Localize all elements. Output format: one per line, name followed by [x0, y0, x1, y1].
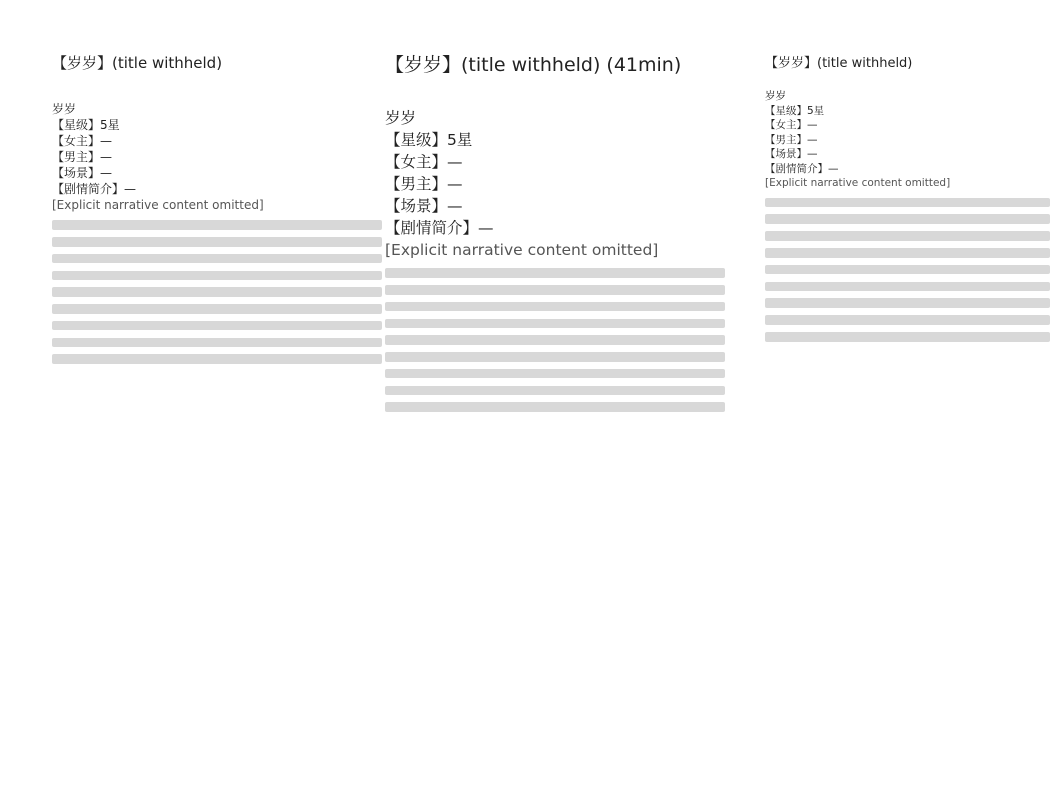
column-title: 【岁岁】(title withheld) [765, 52, 1050, 71]
body-placeholder [765, 198, 1050, 342]
scene-line: 【场景】— [385, 195, 725, 217]
synopsis-line: 【剧情简介】— [52, 181, 382, 197]
rating-line: 【星级】5星 [52, 117, 382, 133]
female-lead-line: 【女主】— [385, 151, 725, 173]
body-placeholder [52, 220, 382, 364]
author-line: 岁岁 [52, 101, 382, 117]
synopsis-line: 【剧情简介】— [385, 217, 725, 239]
rating-line: 【星级】5星 [765, 104, 1050, 119]
document-column-2: 【岁岁】(title withheld) (41min) 岁岁 【星级】5星 【… [385, 0, 725, 786]
author-line: 岁岁 [385, 107, 725, 129]
column-title: 【岁岁】(title withheld) (41min) [385, 50, 725, 77]
body-paragraph: [Explicit narrative content omitted] [385, 239, 725, 261]
rating-line: 【星级】5星 [385, 129, 725, 151]
body-paragraph: [Explicit narrative content omitted] [765, 176, 1050, 191]
male-lead-line: 【男主】— [52, 149, 382, 165]
author-line: 岁岁 [765, 89, 1050, 104]
body-placeholder [385, 268, 725, 412]
document-column-1: 【岁岁】(title withheld) 岁岁 【星级】5星 【女主】— 【男主… [52, 0, 382, 786]
scene-line: 【场景】— [52, 165, 382, 181]
document-column-3: 【岁岁】(title withheld) 岁岁 【星级】5星 【女主】— 【男主… [765, 0, 1050, 786]
synopsis-line: 【剧情简介】— [765, 162, 1050, 177]
column-title: 【岁岁】(title withheld) [52, 52, 382, 73]
female-lead-line: 【女主】— [52, 133, 382, 149]
male-lead-line: 【男主】— [385, 173, 725, 195]
body-paragraph: [Explicit narrative content omitted] [52, 197, 382, 213]
female-lead-line: 【女主】— [765, 118, 1050, 133]
scene-line: 【场景】— [765, 147, 1050, 162]
male-lead-line: 【男主】— [765, 133, 1050, 148]
